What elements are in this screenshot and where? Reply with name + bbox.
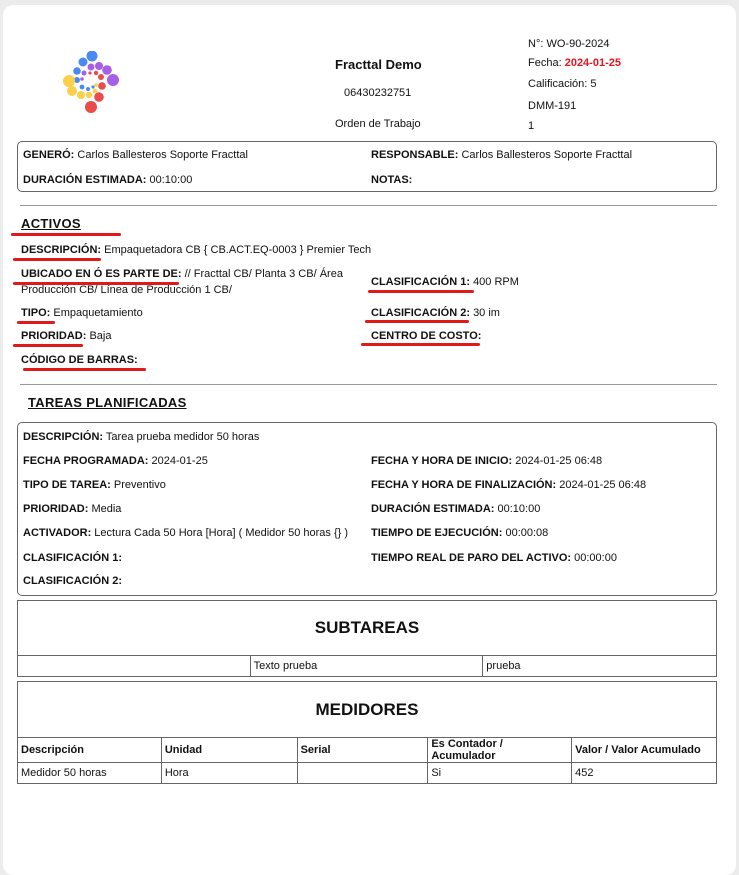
asset-location-continued: Producción CB/ Línea de Producción 1 CB/ (21, 284, 232, 296)
asset-barcode-label: CÓDIGO DE BARRAS: (21, 354, 138, 366)
column-header: Unidad (161, 738, 297, 763)
asset-location-value: // Fracttal CB/ Planta 3 CB/ Área (185, 268, 343, 280)
asset-class1-value: 400 RPM (473, 276, 519, 288)
order-code: DMM-191 (528, 100, 576, 112)
task-start-label: FECHA Y HORA DE INICIO: (371, 455, 512, 467)
task-trigger-value: Lectura Cada 50 Hora [Hora] ( Medidor 50… (94, 527, 348, 539)
task-description-value: Tarea prueba medidor 50 horas (106, 431, 259, 443)
duration-label: DURACIÓN ESTIMADA: (23, 174, 146, 186)
asset-priority-value: Baja (89, 330, 111, 342)
asset-barcode: CÓDIGO DE BARRAS: (21, 354, 138, 366)
duration-value: 00:10:00 (150, 174, 193, 186)
generated-value: Carlos Ballesteros Soporte Fracttal (77, 149, 248, 161)
annotation-underline (365, 320, 469, 323)
task-end-value: 2024-01-25 06:48 (559, 479, 646, 491)
task-scheduled-date: FECHA PROGRAMADA: 2024-01-25 (23, 455, 208, 467)
company-phone: 06430232751 (344, 87, 411, 99)
responsible-value: Carlos Ballesteros Soporte Fracttal (461, 149, 632, 161)
asset-type-label: TIPO: (21, 307, 50, 319)
generated-label: GENERÓ: (23, 149, 74, 161)
table-row: Texto prueba prueba (18, 656, 717, 677)
task-scheduled-label: FECHA PROGRAMADA: (23, 455, 148, 467)
task-priority-value: Media (91, 503, 121, 515)
task-description-label: DESCRIPCIÓN: (23, 431, 103, 443)
subtask-cell (18, 656, 251, 677)
task-estimated-duration: DURACIÓN ESTIMADA: 00:10:00 (371, 503, 540, 515)
task-trigger: ACTIVADOR: Lectura Cada 50 Hora [Hora] (… (23, 527, 348, 539)
task-end-label: FECHA Y HORA DE FINALIZACIÓN: (371, 479, 556, 491)
task-priority-label: PRIORIDAD: (23, 503, 88, 515)
subtask-cell: Texto prueba (250, 656, 483, 677)
column-header: Serial (297, 738, 428, 763)
task-exec-time-label: TIEMPO DE EJECUCIÓN: (371, 527, 502, 539)
task-downtime-label: TIEMPO REAL DE PARO DEL ACTIVO: (371, 552, 571, 564)
subtasks-table: SUBTAREAS Texto prueba prueba (17, 600, 717, 677)
order-date-value: 2024-01-25 (565, 57, 621, 69)
asset-description-value: Empaquetadora CB { CB.ACT.EQ-0003 } Prem… (104, 244, 371, 256)
asset-description-label: DESCRIPCIÓN: (21, 244, 101, 256)
annotation-underline (11, 233, 121, 236)
asset-type: TIPO: Empaquetamiento (21, 307, 143, 319)
task-priority: PRIORIDAD: Media (23, 503, 121, 515)
task-class2-label: CLASIFICACIÓN 2: (23, 575, 122, 587)
asset-classification-2: CLASIFICACIÓN 2: 30 im (371, 307, 500, 319)
task-scheduled-value: 2024-01-25 (152, 455, 208, 467)
summary-box: GENERÓ: Carlos Ballesteros Soporte Fract… (17, 141, 717, 192)
task-execution-time: TIEMPO DE EJECUCIÓN: 00:00:08 (371, 527, 548, 539)
asset-class2-value: 30 im (473, 307, 500, 319)
table-row: Medidor 50 horas Hora Si 452 (18, 763, 717, 784)
task-type-label: TIPO DE TAREA: (23, 479, 111, 491)
task-downtime: TIEMPO REAL DE PARO DEL ACTIVO: 00:00:00 (371, 552, 617, 564)
task-exec-time-value: 00:00:08 (505, 527, 548, 539)
asset-priority-label: PRIORIDAD: (21, 330, 86, 342)
asset-priority: PRIORIDAD: Baja (21, 330, 111, 342)
company-name: Fracttal Demo (335, 57, 422, 72)
tasks-box: DESCRIPCIÓN: Tarea prueba medidor 50 hor… (17, 422, 717, 596)
divider (20, 384, 717, 385)
task-est-duration-value: 00:10:00 (498, 503, 541, 515)
rating-value: 5 (590, 78, 596, 90)
responsible-label: RESPONSABLE: (371, 149, 458, 161)
task-end: FECHA Y HORA DE FINALIZACIÓN: 2024-01-25… (371, 479, 646, 491)
annotation-underline (13, 258, 101, 261)
asset-location: UBICADO EN Ó ES PARTE DE: // Fracttal CB… (21, 268, 343, 280)
document-type: Orden de Trabajo (335, 118, 421, 130)
task-trigger-label: ACTIVADOR: (23, 527, 91, 539)
order-date: Fecha: 2024-01-25 (528, 57, 621, 69)
task-start-value: 2024-01-25 06:48 (515, 455, 602, 467)
task-classification-2: CLASIFICACIÓN 2: (23, 575, 122, 587)
table-header-row: Descripción Unidad Serial Es Contador / … (18, 738, 717, 763)
notes-label: NOTAS: (371, 174, 412, 186)
task-type-value: Preventivo (114, 479, 166, 491)
order-number: N°: WO-90-2024 (528, 38, 609, 50)
task-description: DESCRIPCIÓN: Tarea prueba medidor 50 hor… (23, 431, 259, 443)
task-classification-1: CLASIFICACIÓN 1: (23, 552, 122, 564)
asset-class1-label: CLASIFICACIÓN 1: (371, 276, 470, 288)
asset-classification-1: CLASIFICACIÓN 1: 400 RPM (371, 276, 519, 288)
order-number-value: WO-90-2024 (546, 38, 609, 50)
meter-cell (297, 763, 428, 784)
task-class1-label: CLASIFICACIÓN 1: (23, 552, 122, 564)
annotation-underline (23, 368, 146, 371)
annotation-underline (13, 282, 179, 285)
meter-cell: Medidor 50 horas (18, 763, 162, 784)
meter-cell: 452 (572, 763, 717, 784)
generated-by: GENERÓ: Carlos Ballesteros Soporte Fract… (23, 149, 248, 161)
task-type: TIPO DE TAREA: Preventivo (23, 479, 166, 491)
annotation-underline (13, 344, 83, 347)
annotation-underline (368, 290, 474, 293)
rating-label: Calificación: (528, 78, 587, 90)
order-rating: Calificación: 5 (528, 78, 597, 90)
responsible: RESPONSABLE: Carlos Ballesteros Soporte … (371, 149, 632, 161)
asset-class2-label: CLASIFICACIÓN 2: (371, 307, 470, 319)
task-downtime-value: 00:00:00 (574, 552, 617, 564)
work-order-page: Fracttal Demo 06430232751 Orden de Traba… (3, 5, 736, 866)
task-est-duration-label: DURACIÓN ESTIMADA: (371, 503, 494, 515)
assets-title: ACTIVOS (21, 216, 81, 231)
asset-location-label: UBICADO EN Ó ES PARTE DE: (21, 268, 182, 280)
meters-title: MEDIDORES (18, 682, 717, 738)
tasks-title: TAREAS PLANIFICADAS (28, 395, 187, 410)
divider (20, 205, 717, 206)
asset-type-value: Empaquetamiento (53, 307, 142, 319)
meter-cell: Hora (161, 763, 297, 784)
column-header: Descripción (18, 738, 162, 763)
order-number-label: N°: (528, 38, 543, 50)
asset-cost-center: CENTRO DE COSTO: (371, 330, 481, 342)
annotation-underline (17, 321, 55, 324)
estimated-duration: DURACIÓN ESTIMADA: 00:10:00 (23, 174, 192, 186)
subtask-cell: prueba (483, 656, 717, 677)
subtasks-title: SUBTAREAS (18, 601, 717, 656)
column-header: Es Contador / Acumulador (428, 738, 572, 763)
annotation-underline (361, 343, 480, 346)
notes: NOTAS: (371, 174, 412, 186)
meters-table: MEDIDORES Descripción Unidad Serial Es C… (17, 681, 717, 784)
fracttal-logo-icon (55, 51, 127, 123)
column-header: Valor / Valor Acumulado (572, 738, 717, 763)
asset-description: DESCRIPCIÓN: Empaquetadora CB { CB.ACT.E… (21, 244, 371, 256)
asset-cost-center-label: CENTRO DE COSTO: (371, 330, 481, 342)
meter-cell: Si (428, 763, 572, 784)
order-count: 1 (528, 120, 534, 132)
order-date-label: Fecha: (528, 57, 562, 69)
task-start: FECHA Y HORA DE INICIO: 2024-01-25 06:48 (371, 455, 602, 467)
